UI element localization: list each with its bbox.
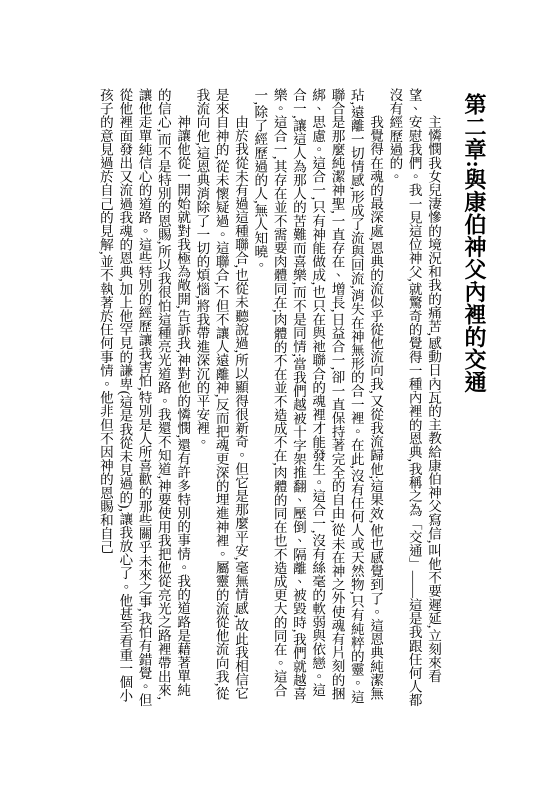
book-page: 第二章:與康伯神父內裡的交通 主憐憫我女兒淒慘的境況和我的痛苦,感動日內瓦的主教…	[0, 0, 559, 794]
paragraph-3: 由於我從未有過這種聯合,也從未聽說過,所以顯得很新奇。但它是那麼平安,毫無情感,…	[192, 88, 250, 710]
paragraph-4: 神讓他從一開始就對我極為敞開,告訴我,神對他的憐憫,還有許多特別的事情。我的道路…	[96, 88, 192, 710]
paragraph-2: 我覺得在魂的最深處,恩典的流似乎從他流向我,又從我流歸他;這果效,他也感覺到了。…	[250, 88, 385, 710]
chapter-title: 第二章:與康伯神父內裡的交通	[459, 93, 489, 710]
paragraph-1: 主憐憫我女兒淒慘的境況和我的痛苦,感動日內瓦的主教給康伯神父寫信,叫他不要遲延,…	[385, 88, 443, 710]
vertical-text-block: 第二章:與康伯神父內裡的交通 主憐憫我女兒淒慘的境況和我的痛苦,感動日內瓦的主教…	[85, 88, 489, 710]
